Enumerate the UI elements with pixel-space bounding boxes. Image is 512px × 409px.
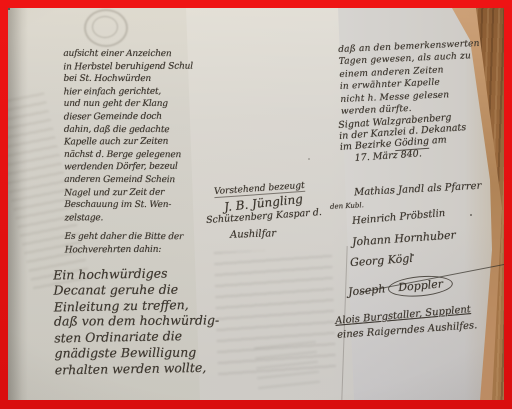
handwritten-line: dahin, daß die gedachte [64,123,194,136]
handwritten-line: Decanat geruhe die [53,281,218,298]
handwritten-line: Kapelle auch zur Zeiten [64,136,194,149]
handwritten-line: gnädigste Bewilligung [54,344,219,361]
handwritten-line: aufsicht einer Anzeichen [63,48,193,61]
handwritten-line: anderen Gemeind Schein [64,174,194,187]
ink-bleedthrough-bottom [253,333,321,397]
handwritten-line: Beschauung im St. Wen- [64,199,194,212]
handwritten-line: zelstage. [64,211,194,224]
attestation-line: Aushilfar [230,228,276,241]
manuscript-photo: aufsicht einer Anzeichen in Herbstel ber… [8,8,504,400]
handwritten-line: Es geht daher die Bitte der [65,231,195,244]
handwritten-line: und nun geht der Klang [64,98,194,111]
dateline-block: Signat Walzgrabenberg in der Kanzlei d. … [338,111,468,165]
dust-specks [8,8,10,10]
dateline-text: am [429,135,447,147]
embossed-seal-icon [84,9,128,47]
petition-paragraph: Ein hochwürdiges Decanat geruhe die Einl… [53,265,220,378]
handwritten-line: Nagel und zur Zeit der [64,186,194,199]
left-page-text-block: aufsicht einer Anzeichen in Herbstel ber… [63,48,194,257]
right-page-text-block: daß an den bemerkenswerten Tagen gewesen… [338,38,483,119]
handwritten-line: dieser Gemeinde doch [64,111,194,124]
handwritten-line: nächst d. Berge gelegenen [64,149,194,162]
handwritten-line: werdenden Dörfer, bezeul [64,161,194,174]
handwritten-line: erhalten werden wollte, [55,359,220,378]
handwritten-line: Hochverehrten dahin: [65,243,195,256]
handwritten-line: daß von dem hochwürdig- [54,313,219,330]
red-photo-frame: aufsicht einer Anzeichen in Herbstel ber… [0,0,512,409]
handwritten-line: in Herbstel beruhigend Schul [63,60,193,73]
handwritten-line: Ein hochwürdiges [53,265,218,284]
handwritten-line: bei St. Hochwürden [63,73,193,86]
handwritten-line: hier einfach gerichtet, [64,85,194,98]
